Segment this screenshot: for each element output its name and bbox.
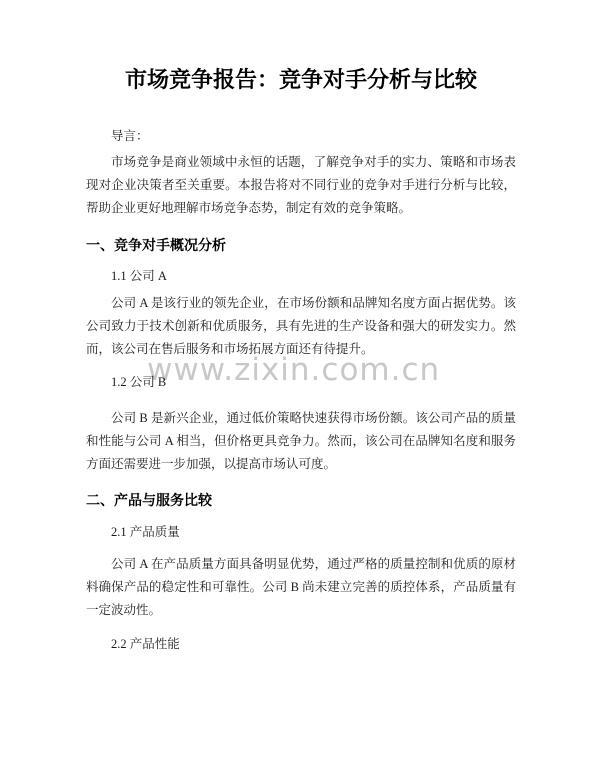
subsection-1-1-paragraph: 公司 A 是该行业的领先企业，在市场份额和品牌知名度方面占据优势。该公司致力于技… [86, 292, 516, 361]
document-content: 市场竞争报告：竞争对手分析与比较 导言： 市场竞争是商业领域中永恒的话题，了解竞… [86, 0, 516, 656]
subsection-2-2-heading: 2.2 产品性能 [86, 633, 516, 656]
document-title: 市场竞争报告：竞争对手分析与比较 [86, 66, 516, 94]
document-page: www.zixin.com.cn 市场竞争报告：竞争对手分析与比较 导言： 市场… [0, 0, 600, 776]
intro-label: 导言： [86, 125, 516, 148]
subsection-2-1-heading: 2.1 产品质量 [86, 521, 516, 544]
section-1-heading: 一、竞争对手概况分析 [86, 234, 516, 257]
subsection-1-2-heading: 1.2 公司 B [86, 371, 516, 394]
subsection-1-1-heading: 1.1 公司 A [86, 265, 516, 288]
subsection-1-2-paragraph: 公司 B 是新兴企业，通过低价策略快速获得市场份额。该公司产品的质量和性能与公司… [86, 407, 516, 476]
section-2-heading: 二、产品与服务比较 [86, 489, 516, 512]
intro-paragraph: 市场竞争是商业领域中永恒的话题，了解竞争对手的实力、策略和市场表现对企业决策者至… [86, 151, 516, 220]
subsection-2-1-paragraph: 公司 A 在产品质量方面具备明显优势，通过严格的质量控制和优质的原材料确保产品的… [86, 553, 516, 622]
